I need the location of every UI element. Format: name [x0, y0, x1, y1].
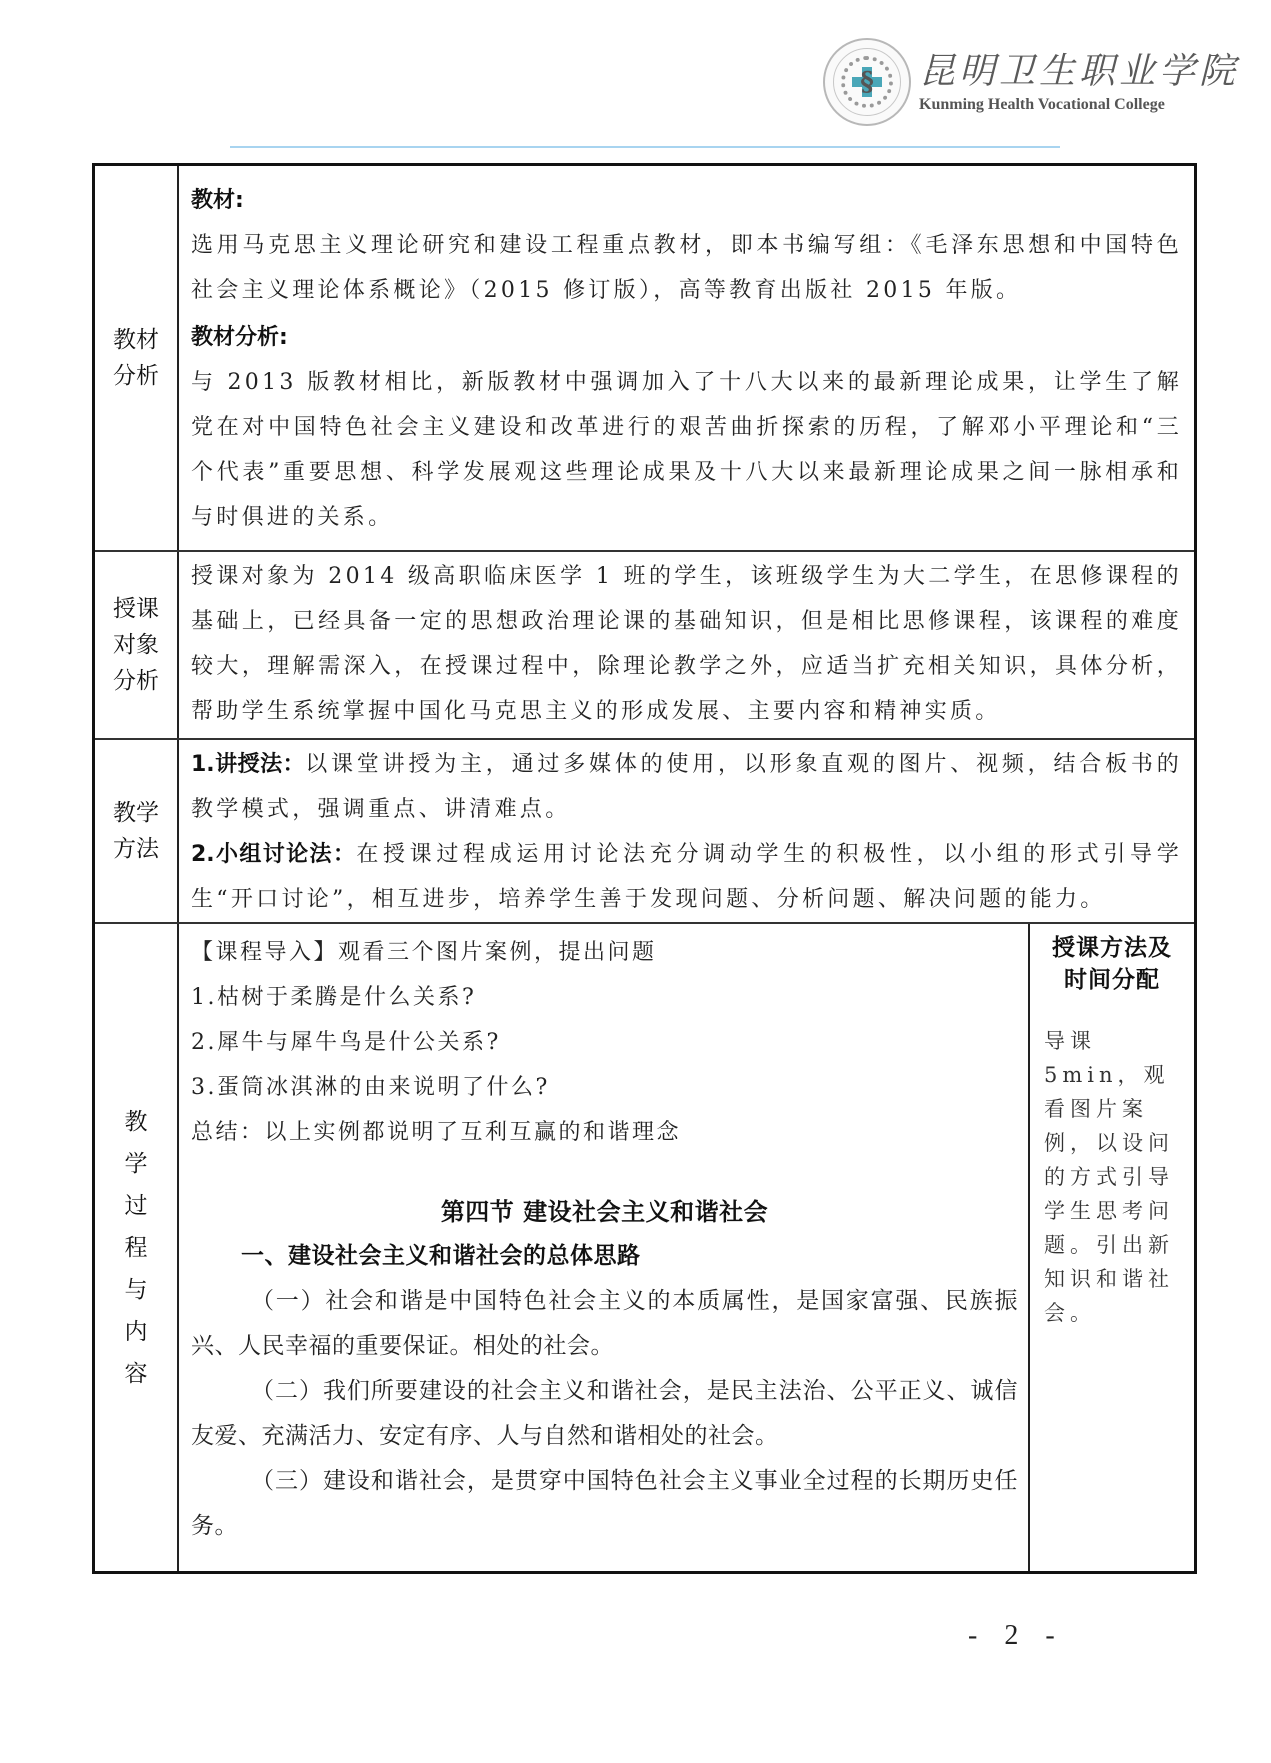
intro-summary: 总结：以上实例都说明了互利互赢的和谐理念 — [191, 1110, 1018, 1155]
method-time-text: 导课 5min，观看图片案例，以设问的方式引导学生思考问题。引出新知识和谐社会。 — [1038, 1024, 1186, 1330]
subsection-title: 一、建设社会主义和谐社会的总体思路 — [191, 1234, 1018, 1278]
question-item: 3.蛋筒冰淇淋的由来说明了什么? — [191, 1065, 1018, 1110]
analysis-heading: 教材分析: — [191, 315, 1182, 360]
lesson-plan-table: 教材 分析 教材: 选用马克思主义理论研究和建设工程重点教材，即本书编写组：《毛… — [92, 163, 1197, 1574]
course-intro: 【课程导入】观看三个图片案例，提出问题 — [191, 930, 1018, 975]
method-group-discussion: 2.小组讨论法：在授课过程成运用讨论法充分调动学生的积极性，以小组的形式引导学生… — [191, 832, 1182, 922]
question-item: 1.枯树于柔腾是什么关系? — [191, 975, 1018, 1020]
textbook-heading: 教材: — [191, 178, 1182, 223]
content-point: （一）社会和谐是中国特色社会主义的本质属性，是国家富强、民族振兴、人民幸福的重要… — [191, 1278, 1018, 1368]
page-number: - 2 - — [968, 1620, 1065, 1652]
teaching-methods-label: 教学 方法 — [110, 795, 162, 867]
student-analysis-label: 授课 对象 分析 — [110, 591, 162, 699]
textbook-analysis-content: 教材: 选用马克思主义理论研究和建设工程重点教材，即本书编写组：《毛泽东思想和中… — [179, 166, 1194, 550]
student-analysis-content: 授课对象为 2014 级高职临床医学 1 班的学生，该班级学生为大二学生，在思修… — [179, 552, 1194, 738]
method-time-column: 授课方法及 时间分配 导课 5min，观看图片案例，以设问的方式引导学生思考问题… — [1030, 924, 1194, 1571]
teaching-process-label: 教 学 过 程 与 内 容 — [121, 1101, 151, 1395]
teaching-methods-row: 教学 方法 1.讲授法：以课堂讲授为主，通过多媒体的使用，以形象直观的图片、视频… — [95, 740, 1194, 924]
college-seal-icon: § — [823, 38, 911, 126]
section-title: 第四节 建设社会主义和谐社会 — [191, 1189, 1018, 1234]
row-label-cell: 教 学 过 程 与 内 容 — [95, 924, 179, 1571]
row-label-cell: 教学 方法 — [95, 740, 179, 922]
content-point: （二）我们所要建设的社会主义和谐社会，是民主法治、公平正义、诚信友爱、充满活力、… — [191, 1368, 1018, 1458]
row-label-cell: 授课 对象 分析 — [95, 552, 179, 738]
teaching-process-row: 教 学 过 程 与 内 容 【课程导入】观看三个图片案例，提出问题 1.枯树于柔… — [95, 924, 1194, 1571]
method-time-heading: 授课方法及 时间分配 — [1038, 932, 1186, 996]
page-header: § 昆明卫生职业学院 Kunming Health Vocational Col… — [0, 0, 1271, 150]
textbook-analysis-label: 教材 分析 — [110, 322, 162, 394]
teaching-methods-content: 1.讲授法：以课堂讲授为主，通过多媒体的使用，以形象直观的图片、视频，结合板书的… — [179, 740, 1194, 922]
college-name-en: Kunming Health Vocational College — [919, 96, 1239, 114]
method-lecture: 1.讲授法：以课堂讲授为主，通过多媒体的使用，以形象直观的图片、视频，结合板书的… — [191, 742, 1182, 832]
content-point: （三）建设和谐社会，是贯穿中国特色社会主义事业全过程的长期历史任务。 — [191, 1458, 1018, 1548]
textbook-text: 选用马克思主义理论研究和建设工程重点教材，即本书编写组：《毛泽东思想和中国特色社… — [191, 223, 1182, 313]
college-name-cn: 昆明卫生职业学院 — [919, 50, 1239, 94]
textbook-analysis-row: 教材 分析 教材: 选用马克思主义理论研究和建设工程重点教材，即本书编写组：《毛… — [95, 166, 1194, 552]
header-divider — [230, 146, 1060, 148]
question-item: 2.犀牛与犀牛鸟是什公关系? — [191, 1020, 1018, 1065]
student-analysis-text: 授课对象为 2014 级高职临床医学 1 班的学生，该班级学生为大二学生，在思修… — [191, 554, 1182, 734]
student-analysis-row: 授课 对象 分析 授课对象为 2014 级高职临床医学 1 班的学生，该班级学生… — [95, 552, 1194, 740]
college-logo: § 昆明卫生职业学院 Kunming Health Vocational Col… — [823, 38, 1239, 126]
teaching-process-content: 【课程导入】观看三个图片案例，提出问题 1.枯树于柔腾是什么关系? 2.犀牛与犀… — [179, 924, 1030, 1571]
row-label-cell: 教材 分析 — [95, 166, 179, 550]
analysis-text: 与 2013 版教材相比，新版教材中强调加入了十八大以来的最新理论成果，让学生了… — [191, 360, 1182, 540]
